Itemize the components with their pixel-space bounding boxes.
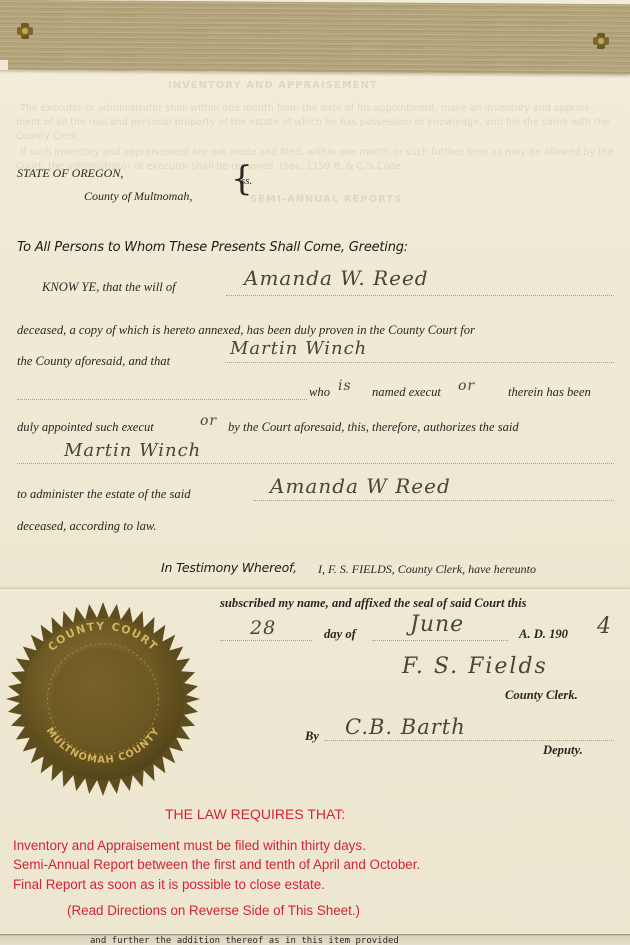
ghost-title-semiannual: SEMI-ANNUAL REPORTS [250, 194, 402, 205]
law-heading: THE LAW REQUIRES THAT: [165, 806, 345, 822]
ss-label: ss. [241, 175, 252, 187]
law-note: (Read Directions on Reverse Side of This… [67, 903, 360, 918]
law-item-3: Final Report as soon as it is possible t… [13, 877, 325, 892]
gold-court-seal: COUNTY COURT MULTNOMAH COUNTY [4, 600, 202, 798]
who-text: who [309, 385, 330, 400]
body-line-5b: by the Court aforesaid, this, therefore,… [228, 420, 519, 435]
deputy-signature: C.B. Barth [345, 715, 466, 739]
executor-name-line [225, 362, 614, 363]
state-label: STATE OF OREGON, [17, 166, 123, 181]
month-line [372, 640, 508, 641]
law-item-2: Semi-Annual Report between the first and… [13, 857, 420, 872]
clerk-title: County Clerk. [505, 688, 578, 703]
body-line-7: to administer the estate of the said [17, 487, 191, 502]
month-handwritten: June [410, 612, 464, 637]
deceased-name-line-2 [254, 500, 614, 501]
testimony-text: I, F. S. FIELDS, County Clerk, have here… [318, 562, 536, 577]
county-label: County of Multnomah, [84, 189, 192, 204]
by-text: By [305, 729, 319, 744]
deceased-name-line [226, 295, 614, 296]
ad-text: A. D. 190 [519, 627, 568, 642]
is-handwritten: is [338, 378, 352, 394]
blank-line [17, 399, 307, 400]
brass-fastener-icon [16, 22, 34, 40]
clerk-signature: F. S. Fields [402, 654, 548, 679]
or-handwritten-2: or [200, 413, 217, 429]
deceased-name-handwritten-2: Amanda W Reed [270, 474, 451, 498]
ghost-text: The executor or administrator shall with… [20, 103, 592, 114]
ghost-text: ment of all the real and personal proper… [16, 117, 610, 128]
law-item-1: Inventory and Appraisement must be filed… [13, 838, 366, 853]
executor-name-handwritten: Martin Winch [230, 338, 367, 359]
deputy-line [324, 740, 614, 741]
day-handwritten: 28 [250, 617, 276, 639]
testimony-line-2: subscribed my name, and affixed the seal… [220, 596, 527, 611]
or-handwritten: or [458, 378, 475, 394]
executor-name-handwritten-2: Martin Winch [64, 440, 201, 461]
testimony-lead: In Testimony Whereof, [161, 560, 297, 575]
body-line-8: deceased, according to law. [17, 519, 157, 534]
deceased-name-handwritten: Amanda W. Reed [244, 266, 429, 290]
bottom-sheet-text: and further the addition thereof as in t… [90, 936, 399, 945]
tape-strip [0, 0, 630, 74]
year-digit-handwritten: 4 [597, 614, 612, 639]
day-line [220, 640, 312, 641]
ghost-title-inventory: INVENTORY AND APPRAISEMENT [168, 80, 378, 91]
ghost-text: County Clerk. [16, 131, 80, 142]
know-ye-text: KNOW YE, that the will of [42, 280, 176, 295]
greeting: To All Persons to Whom These Presents Sh… [17, 240, 408, 255]
document-page: INVENTORY AND APPRAISEMENT The executor … [0, 0, 630, 945]
body-line-3: the County aforesaid, and that [17, 354, 170, 369]
day-of-text: day of [324, 627, 356, 642]
body-line-2: deceased, a copy of which is hereto anne… [17, 323, 475, 338]
ghost-text: If such inventory and appraisement are n… [20, 147, 614, 158]
deputy-title: Deputy. [543, 743, 583, 758]
named-execut-text: named execut [372, 385, 441, 400]
brass-fastener-icon [592, 32, 610, 50]
body-line-5a: duly appointed such execut [17, 420, 154, 435]
executor-name-line-2 [17, 463, 614, 464]
tape-edge [0, 60, 8, 70]
therein-text: therein has been [508, 385, 591, 400]
